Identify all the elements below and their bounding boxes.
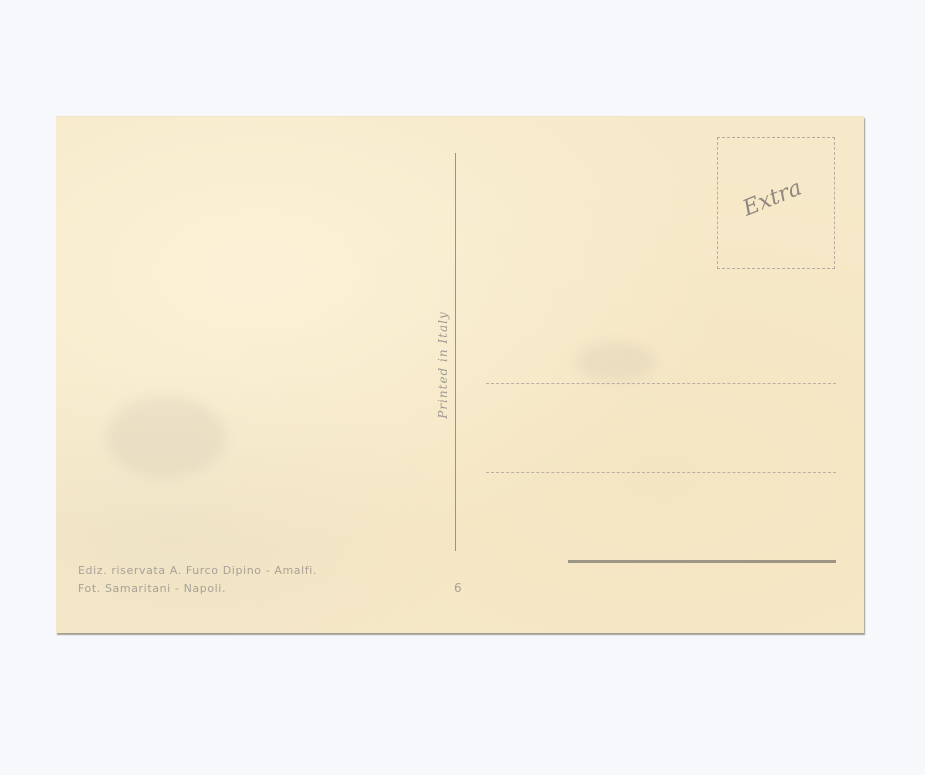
address-line-1 — [486, 383, 836, 384]
address-line-2 — [486, 472, 836, 473]
postcard-back: Printed in Italy Extra Ediz. riservata A… — [56, 116, 864, 633]
address-line-3 — [568, 560, 836, 563]
stamp-box-label: Extra — [740, 175, 806, 221]
paper-stain — [106, 397, 226, 477]
printed-in-italy-label: Printed in Italy — [436, 311, 450, 419]
paper-stain — [576, 342, 656, 382]
publisher-credit: Ediz. riservata A. Furco Dipino - Amalfi… — [78, 564, 317, 577]
card-number: 6 — [454, 581, 462, 595]
center-divider-line — [455, 153, 456, 551]
stamp-box: Extra — [717, 137, 835, 269]
photographer-credit: Fot. Samaritani - Napoli. — [78, 582, 226, 595]
